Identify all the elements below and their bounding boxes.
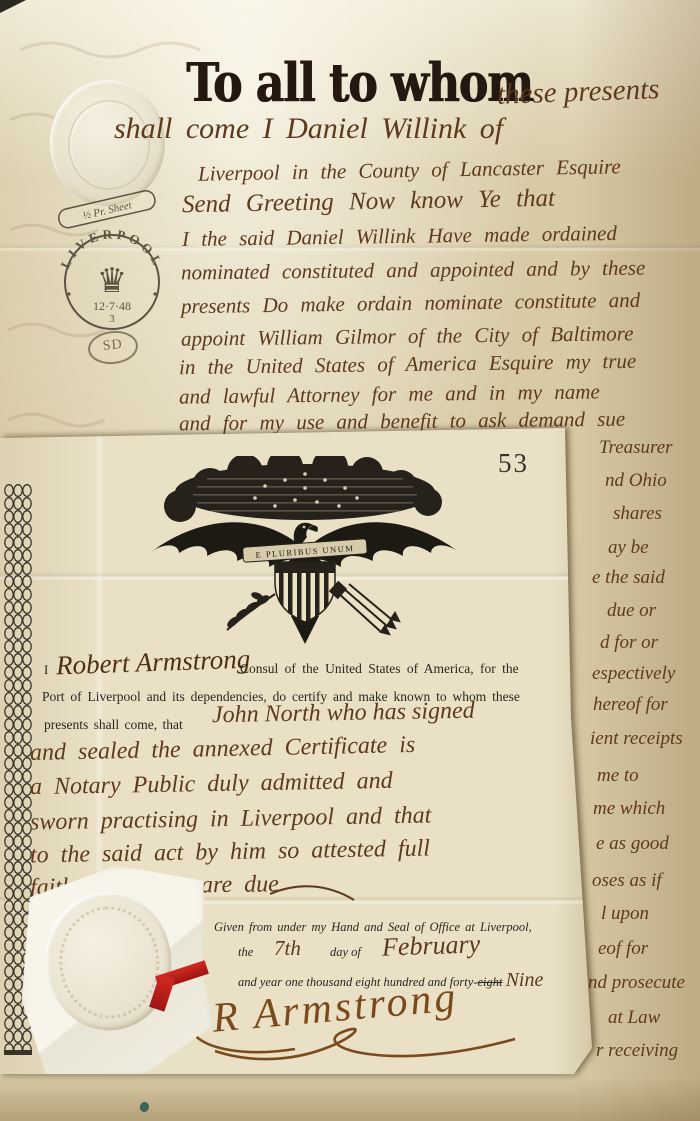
poa-heading-script: these presents [496, 73, 659, 112]
cert-hand-line: sworn practising in Liverpool and that [30, 802, 432, 836]
poa-edge-fragment: espectively [592, 663, 675, 685]
poa-edge-fragment: nd Ohio [605, 470, 667, 492]
olive-branch [227, 592, 275, 630]
certificate-number: 53 [498, 448, 529, 479]
given-day-script: 7th [274, 936, 301, 961]
poa-body-line: nominated constituted and appointed and … [181, 256, 646, 286]
crown-icon: ♛ [97, 261, 127, 301]
cert-hand-line: to the said act by him so attested full [30, 836, 430, 870]
notary-name-script: John North who has signed [212, 698, 475, 730]
given-month-script: February [382, 929, 481, 962]
poa-body-line: and lawful Attorney for me and in my nam… [179, 379, 600, 409]
poa-edge-fragment: me to [597, 765, 639, 787]
poa-heading-line2: shall come I Daniel Willink of [114, 112, 503, 146]
embossed-consular-seal [41, 888, 176, 1034]
consul-name-script: Robert Armstrong [56, 644, 251, 682]
us-eagle-emblem: E PLURIBUS UNUM [145, 456, 465, 651]
poa-edge-fragment: l upon [601, 903, 649, 925]
certificate-paper: 53 [0, 428, 592, 1074]
poa-edge-fragment: ay be [608, 537, 649, 559]
given-line-1: Given from under my Hand and Seal of Off… [214, 920, 532, 935]
liverpool-crown-stamp: ½ Pr. Sheet LIVERPOOL ♛ 12·7·48 3 [48, 186, 178, 336]
poa-edge-fragment: shares [613, 503, 662, 525]
printed-pronoun: I [44, 662, 48, 678]
poa-edge-fragment: due or [607, 600, 656, 622]
ink-blot [138, 1101, 150, 1114]
given-the: the [238, 945, 253, 960]
poa-edge-fragment: ient receipts [590, 728, 683, 750]
poa-edge-fragment: at Law [608, 1007, 660, 1029]
poa-edge-fragment: hereof for [593, 694, 668, 716]
poa-edge-fragment: nd prosecute [588, 972, 685, 994]
poa-edge-fragment: eof for [598, 938, 648, 960]
arrows [330, 582, 399, 634]
cert-hand-line: and sealed the annexed Certificate is [30, 732, 416, 767]
poa-edge-fragment: r receiving [596, 1040, 678, 1062]
poa-edge-fragment: me which [593, 798, 665, 820]
cloud-of-stars [164, 456, 442, 522]
stamp-date: 12·7·48 [93, 299, 131, 313]
poa-edge-fragment: Treasurer [599, 437, 673, 459]
poa-heading-gothic: To all to whom [186, 52, 532, 114]
cert-hand-line: a Notary Public duly admitted and [30, 768, 393, 801]
stamp-plate-number: 3 [109, 313, 115, 325]
embossed-consular-seal-ring [56, 903, 164, 1022]
poa-edge-fragment: e as good [596, 833, 669, 855]
consular-certificate: 53 [0, 428, 592, 1074]
printed-line-3: presents shall come, that [44, 717, 183, 733]
poa-edge-fragment: d for or [600, 632, 658, 654]
signature-flourish [185, 1023, 525, 1083]
given-year-struck: eight [477, 975, 502, 989]
printed-line-1: Consul of the United States of America, … [240, 661, 519, 677]
given-year-script: Nine [506, 969, 544, 991]
poa-edge-fragment: oses as if [592, 870, 662, 892]
poa-edge-fragment: e the said [592, 567, 665, 589]
due-flourish [268, 880, 358, 910]
document-photo: ½ Pr. Sheet LIVERPOOL ♛ 12·7·48 3 SD To … [0, 0, 700, 1121]
given-dayof: day of [330, 945, 361, 960]
